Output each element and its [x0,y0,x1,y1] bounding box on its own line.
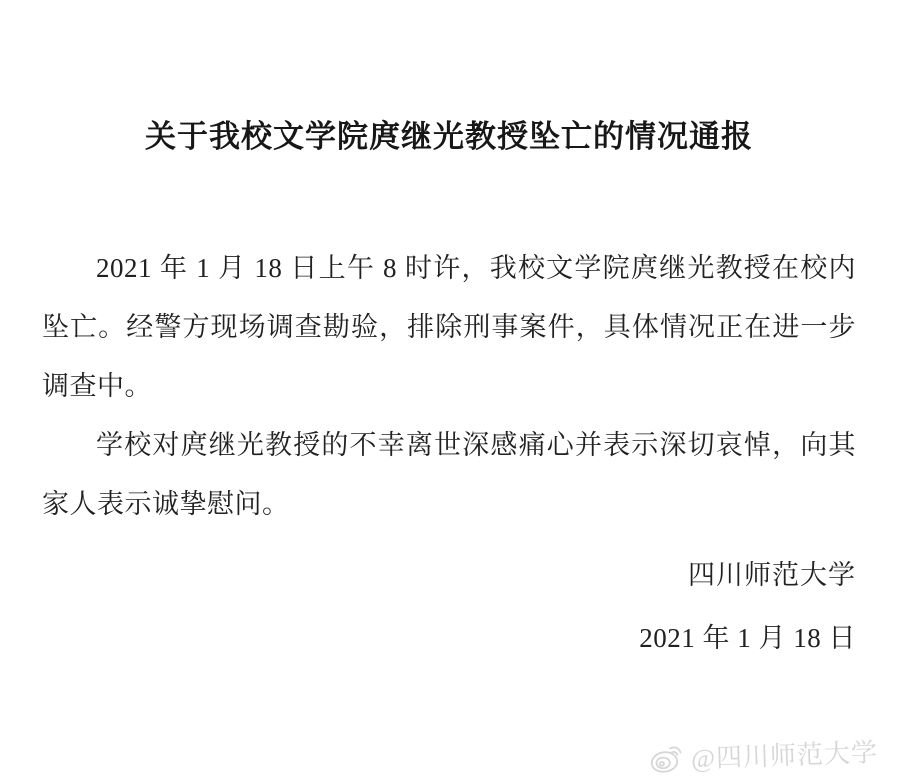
notice-document: 关于我校文学院庹继光教授坠亡的情况通报 2021 年 1 月 18 日上午 8 … [0,116,900,670]
notice-paragraph-1: 2021 年 1 月 18 日上午 8 时许，我校文学院庹继光教授在校内坠亡。经… [42,239,856,416]
weibo-logo-icon [648,741,685,774]
signature-line: 四川师范大学 [42,544,856,607]
watermark-handle: @四川师范大学 [690,732,878,776]
weibo-watermark: @四川师范大学 [647,732,878,777]
notice-body: 2021 年 1 月 18 日上午 8 时许，我校文学院庹继光教授在校内坠亡。经… [42,239,856,534]
notice-title: 关于我校文学院庹继光教授坠亡的情况通报 [42,116,856,158]
document-page: 关于我校文学院庹继光教授坠亡的情况通报 2021 年 1 月 18 日上午 8 … [0,0,900,779]
notice-paragraph-2: 学校对庹继光教授的不幸离世深感痛心并表示深切哀悼，向其家人表示诚挚慰问。 [42,416,856,534]
date-line: 2021 年 1 月 18 日 [42,607,856,670]
